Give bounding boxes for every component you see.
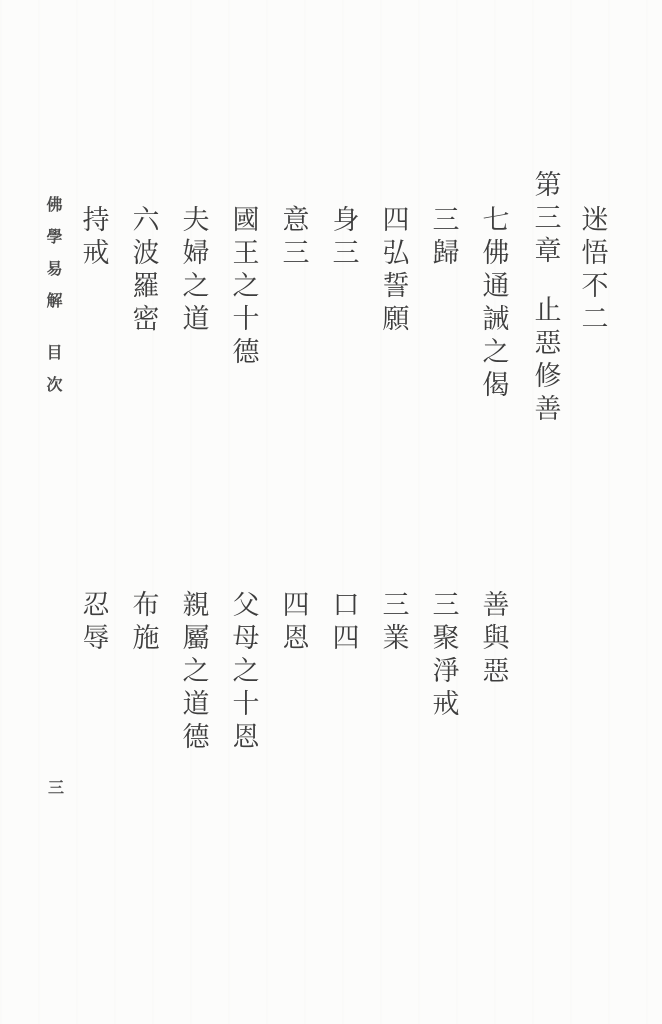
toc-entry-body-three: 身三: [330, 205, 357, 271]
toc-entry-parents-ten-kindnesses: 父母之十恩: [230, 590, 257, 755]
toc-entry-patience: 忍辱: [80, 590, 107, 656]
running-header: 佛學易解目次: [45, 196, 61, 408]
toc-entry-mouth-four: 口四: [330, 590, 357, 656]
chapter-label: 第三章: [530, 170, 561, 269]
book-title: 佛學易解: [44, 196, 63, 324]
chapter-heading: 第三章止惡修善: [532, 170, 559, 427]
toc-entry-three-karmas: 三業: [380, 590, 407, 656]
toc-entry-six-paramitas: 六波羅密: [130, 205, 157, 337]
toc-entry-good-and-evil: 善與惡: [480, 590, 507, 689]
toc-entry-giving: 布施: [130, 590, 157, 656]
toc-entry-precepts: 持戒: [80, 205, 107, 271]
toc-entry-way-of-spouses: 夫婦之道: [180, 205, 207, 337]
toc-entry-mígo-funi: 迷悟不二: [579, 205, 606, 337]
toc-entry-mind-three: 意三: [280, 205, 307, 271]
toc-entry-three-refuges: 三歸: [430, 205, 457, 271]
section-name: 目次: [44, 344, 63, 408]
toc-entry-seven-buddhas-verse: 七佛通誡之偈: [480, 205, 507, 403]
book-page: 迷悟不二 第三章止惡修善 七佛通誡之偈 三歸 四弘誓願 身三 意三 國王之十德 …: [0, 0, 662, 1024]
toc-entry-four-debts: 四恩: [280, 590, 307, 656]
toc-entry-four-vows: 四弘誓願: [380, 205, 407, 337]
toc-entry-three-pure-precepts: 三聚淨戒: [430, 590, 457, 722]
chapter-title: 止惡修善: [530, 295, 561, 427]
page-number: 三: [48, 775, 64, 798]
toc-entry-kinship-ethics: 親屬之道德: [180, 590, 207, 755]
toc-entry-kings-ten-virtues: 國王之十德: [230, 205, 257, 370]
